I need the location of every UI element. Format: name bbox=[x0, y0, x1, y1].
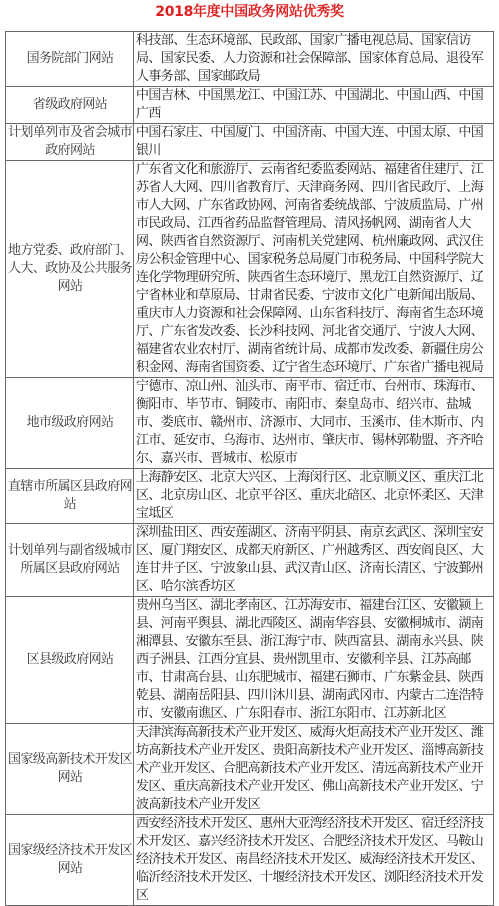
table-row: 国务院部门网站 科技部、生态环境部、民政部、国家广播电视总局、国家信访局、国家民… bbox=[6, 32, 494, 87]
winners-cell: 广东省文化和旅游厅、云南省纪委监委网站、福建省住建厅、江苏省人大网、四川省教育厅… bbox=[134, 161, 494, 378]
table-row: 地市级政府网站 宁德市、凉山州、汕头市、南平市、宿迁市、台州市、珠海市、衡阳市、… bbox=[6, 378, 494, 469]
awards-table: 国务院部门网站 科技部、生态环境部、民政部、国家广播电视总局、国家信访局、国家民… bbox=[5, 31, 494, 823]
category-cell: 地方党委、政府部门、人大、政协及公共服务网站 bbox=[6, 161, 134, 378]
winners-cell: 科技部、生态环境部、民政部、国家广播电视总局、国家信访局、国家民委、人力资源和社… bbox=[134, 32, 494, 87]
category-cell: 区县级政府网站 bbox=[6, 597, 134, 724]
table-row: 区县级政府网站 贵州乌当区、湖北孝南区、江苏海安市、福建台江区、安徽颍上县、河南… bbox=[6, 597, 494, 724]
table-row: 地方党委、政府部门、人大、政协及公共服务网站 广东省文化和旅游厅、云南省纪委监委… bbox=[6, 161, 494, 378]
table-row: 省级政府网站 中国吉林、中国黑龙江、中国江苏、中国湖北、中国山西、中国广西 bbox=[6, 87, 494, 124]
table-row: 国家级经济技术开发区网站 西安经济技术开发区、惠州大亚湾经济技术开发区、宿迁经济… bbox=[6, 815, 494, 824]
winners-cell: 中国吉林、中国黑龙江、中国江苏、中国湖北、中国山西、中国广西 bbox=[134, 87, 494, 124]
page-title: 2018年度中国政务网站优秀奖 bbox=[0, 3, 499, 21]
winners-cell: 中国石家庄、中国厦门、中国济南、中国大连、中国太原、中国银川 bbox=[134, 124, 494, 161]
category-cell: 直辖市所属区县政府网站 bbox=[6, 469, 134, 524]
category-cell: 计划单列市及省会城市政府网站 bbox=[6, 124, 134, 161]
table-row: 计划单列与副省级城市所属区县政府网站 深圳盐田区、西安莲湖区、济南平阴县、南京玄… bbox=[6, 524, 494, 597]
winners-cell: 天津滨海高新技术产业开发区、威海火炬高技术产业开发区、潍坊高新技术产业开发区、贵… bbox=[134, 724, 494, 815]
table-row: 国家级高新技术开发区网站 天津滨海高新技术产业开发区、威海火炬高技术产业开发区、… bbox=[6, 724, 494, 815]
winners-cell: 深圳盐田区、西安莲湖区、济南平阴县、南京玄武区、深圳宝安区、厦门翔安区、成都天府… bbox=[134, 524, 494, 597]
category-cell: 国务院部门网站 bbox=[6, 32, 134, 87]
category-cell: 省级政府网站 bbox=[6, 87, 134, 124]
winners-cell: 西安经济技术开发区、惠州大亚湾经济技术开发区、宿迁经济技术开发区、嘉兴经济技术开… bbox=[134, 815, 494, 824]
category-cell: 国家级高新技术开发区网站 bbox=[6, 724, 134, 815]
winners-cell: 宁德市、凉山州、汕头市、南平市、宿迁市、台州市、珠海市、衡阳市、毕节市、铜陵市、… bbox=[134, 378, 494, 469]
category-cell: 国家级经济技术开发区网站 bbox=[6, 815, 134, 824]
category-cell: 地市级政府网站 bbox=[6, 378, 134, 469]
category-cell: 计划单列与副省级城市所属区县政府网站 bbox=[6, 524, 134, 597]
table-row: 直辖市所属区县政府网站 上海静安区、北京大兴区、上海闵行区、北京顺义区、重庆江北… bbox=[6, 469, 494, 524]
table-row: 计划单列市及省会城市政府网站 中国石家庄、中国厦门、中国济南、中国大连、中国太原… bbox=[6, 124, 494, 161]
winners-cell: 贵州乌当区、湖北孝南区、江苏海安市、福建台江区、安徽颍上县、河南平舆县、湖北西陵… bbox=[134, 597, 494, 724]
winners-cell: 上海静安区、北京大兴区、上海闵行区、北京顺义区、重庆江北区、北京房山区、北京平谷… bbox=[134, 469, 494, 524]
